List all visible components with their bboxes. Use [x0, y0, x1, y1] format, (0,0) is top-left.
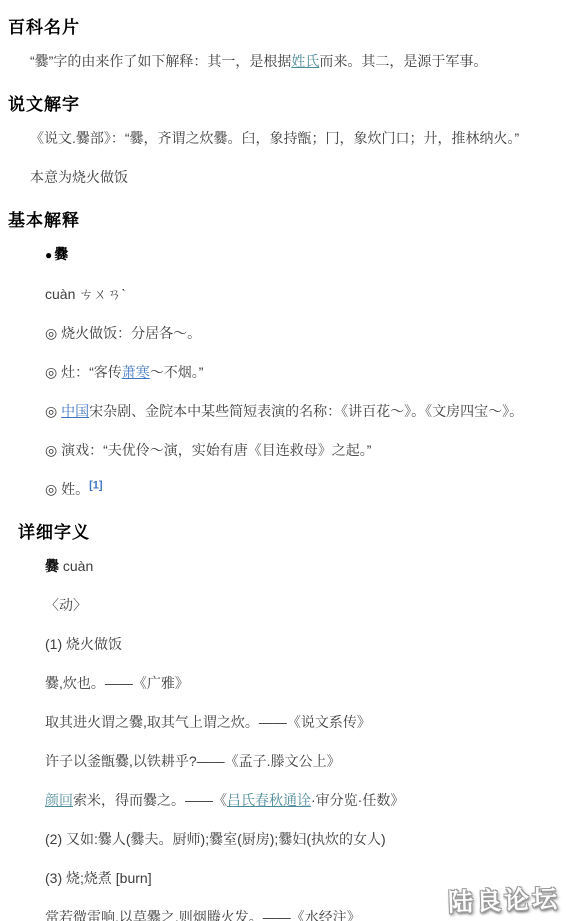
section-heading-shuowen: 说文解字	[8, 90, 566, 115]
basic-headword-line: ●爨	[45, 244, 556, 265]
basic-item-2-pre: ◎ 灶：“客传	[45, 364, 122, 380]
detail-pos-line: 〈动〉	[45, 595, 556, 615]
link-zhongguo[interactable]: 中国	[61, 403, 89, 419]
section-heading-basic: 基本解释	[8, 206, 566, 231]
detail-headword-line: 爨 cuàn	[45, 556, 556, 576]
section-heading-detail: 详细字义	[18, 518, 566, 543]
detail-headword: 爨	[45, 558, 59, 574]
basic-headword: 爨	[54, 246, 68, 262]
baike-intro-line: “爨”字的由来作了如下解释：其一，是根据姓氏而来。其二，是源于军事。	[30, 51, 556, 71]
link-xiaohan[interactable]: 萧寒	[122, 364, 150, 380]
detail-cite-lvshi-post: ·审分览·任数》	[311, 792, 404, 808]
detail-cite-mengzi: 许子以釜甑爨,以铁耕乎?——《孟子.滕文公上》	[45, 751, 556, 771]
detail-cite-lvshichunqiu: 颜回索米，得而爨之。——《吕氏春秋通诠·审分览·任数》	[45, 790, 556, 810]
section-heading-baike: 百科名片	[8, 13, 566, 38]
basic-item-5: ◎ 姓。[1]	[45, 479, 556, 499]
footnote-ref-link[interactable]: [1]	[89, 479, 102, 491]
detail-cite-shuowenxichuan: 取其进火谓之爨,取其气上谓之炊。——《说文系传》	[45, 712, 556, 732]
basic-item-1: ◎ 烧火做饭：分居各～。	[45, 323, 556, 343]
detail-headword-pinyin: cuàn	[59, 558, 93, 574]
detail-def-1: (1) 烧火做饭	[45, 634, 556, 654]
link-xingshi[interactable]: 姓氏	[291, 53, 319, 69]
basic-item-3-pre: ◎	[45, 403, 61, 419]
link-lvshichunqiutongquan[interactable]: 吕氏春秋通诠	[227, 792, 311, 808]
basic-pinyin-line: cuàn ㄘㄨㄢˋ	[45, 284, 556, 304]
shuowen-note-line: 本意为烧火做饭	[30, 167, 556, 187]
basic-item-2-post: ～不烟。”	[150, 364, 204, 380]
link-yanhui[interactable]: 颜回	[45, 792, 73, 808]
baike-intro-post: 而来。其二，是源于军事。	[319, 53, 487, 69]
basic-item-3: ◎ 中国宋杂剧、金院本中某些简短表演的名称：《讲百花～》。《文房四宝～》。	[45, 401, 556, 421]
detail-cite-lvshi-mid: 索米，得而爨之。——《	[73, 792, 227, 808]
detail-def-2: (2) 又如:爨人(爨夫。厨师);爨室(厨房);爨妇(执炊的女人)	[45, 829, 556, 849]
basic-item-4: ◎ 演戏：“夫优伶～演，实始有唐《目连救母》之起。”	[45, 440, 556, 460]
shuowen-quote-line: 《说文.爨部》：“爨，齐谓之炊爨。臼，象持甑；冂，象炊门口；廾，推林纳火。”	[30, 128, 556, 148]
bullet-icon: ●	[45, 248, 52, 262]
basic-item-2: ◎ 灶：“客传萧寒～不烟。”	[45, 362, 556, 382]
baike-intro-pre: “爨”字的由来作了如下解释：其一，是根据	[30, 53, 291, 69]
forum-watermark: 陆良论坛	[447, 879, 560, 919]
detail-cite-guangya: 爨,炊也。——《广雅》	[45, 673, 556, 693]
basic-item-3-post: 宋杂剧、金院本中某些简短表演的名称：《讲百花～》。《文房四宝～》。	[89, 403, 523, 419]
footnote-ref: [1]	[89, 479, 102, 491]
basic-item-5-pre: ◎ 姓。	[45, 481, 89, 497]
